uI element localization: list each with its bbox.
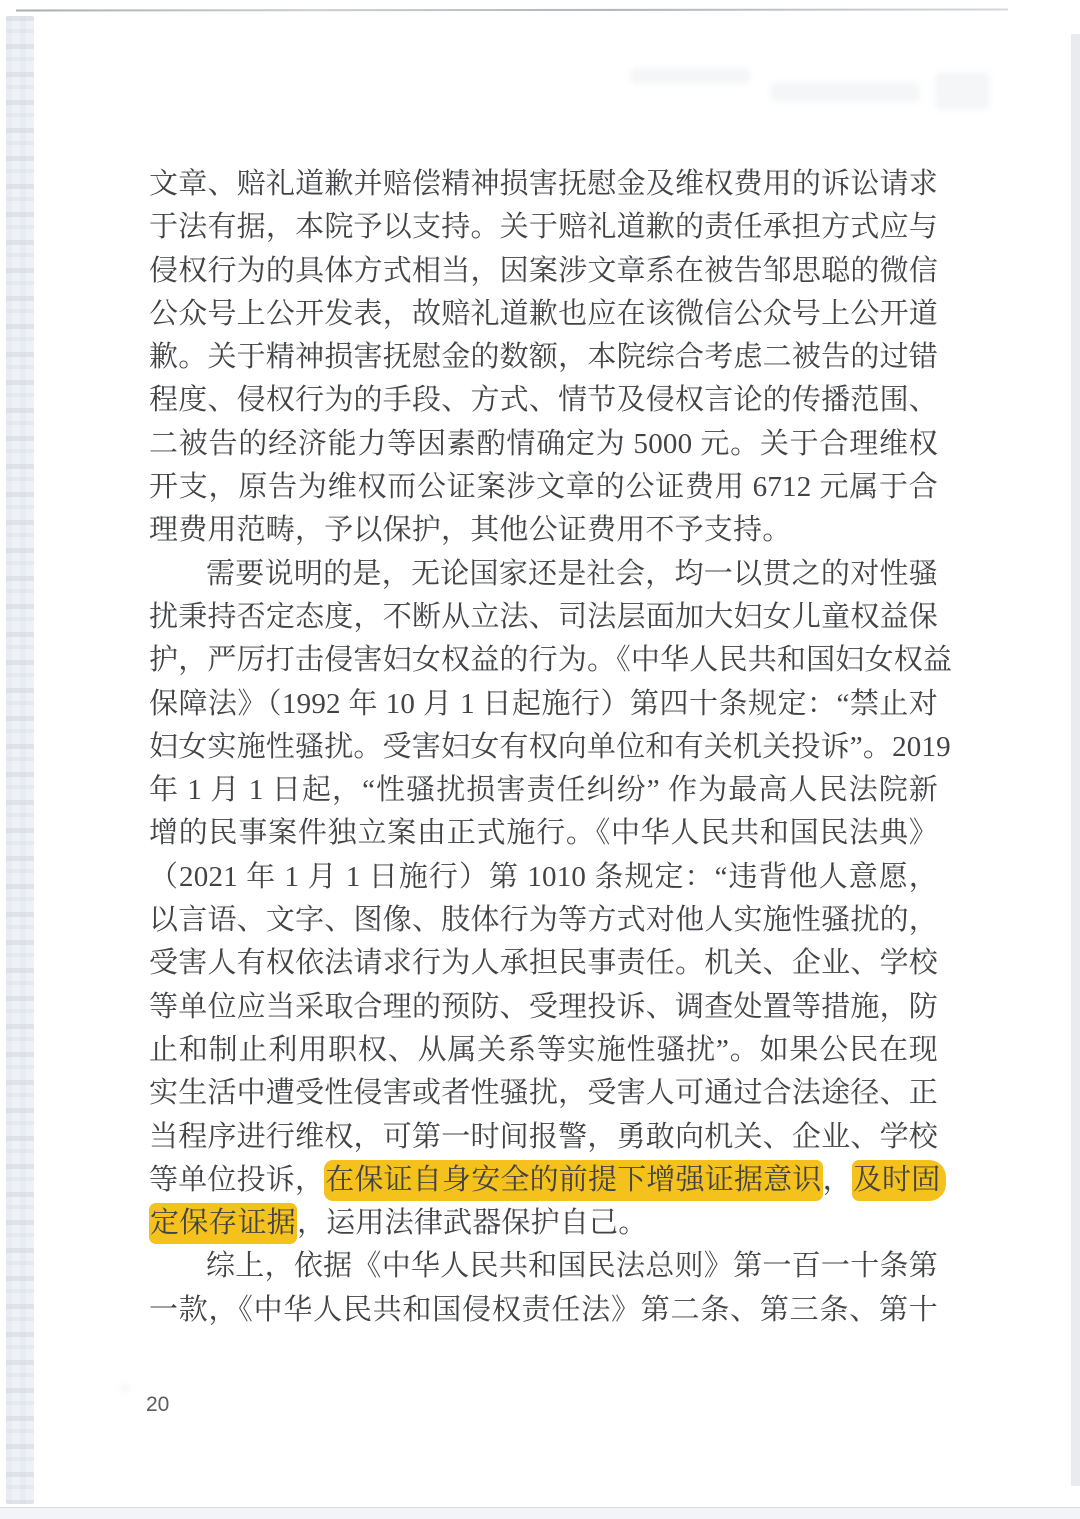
text-line: 开支，原告为维权而公证案涉文章的公证费用 6712 元属于合	[149, 466, 938, 509]
scanned-document-page: { "page_number": "20", "colors": { "high…	[0, 0, 1080, 1519]
text-line: 文章、赔礼道歉并赔偿精神损害抚慰金及维权费用的诉讼请求	[149, 163, 938, 206]
text-line: 实生活中遭受性侵害或者性骚扰，受害人可通过合法途径、正	[149, 1072, 938, 1115]
text-line: 等单位投诉，在保证自身安全的前提下增强证据意识，及时固	[149, 1159, 938, 1202]
text-segment: 止和制止利用职权、从属关系等实施性骚扰”。如果公民在现	[149, 1034, 938, 1066]
text-segment: 等单位应当采取合理的预防、受理投诉、调查处置等措施，防	[149, 991, 938, 1023]
text-segment: ，	[823, 1164, 852, 1196]
text-line: 年 1 月 1 日起，“性骚扰损害责任纠纷” 作为最高人民法院新	[149, 769, 938, 812]
text-line: 侵权行为的具体方式相当，因案涉文章系在被告邹思聪的微信	[149, 250, 938, 293]
text-line: 程度、侵权行为的手段、方式、情节及侵权言论的传播范围、	[149, 379, 938, 422]
text-segment: 一款，《中华人民共和国侵权责任法》第二条、第三条、第十	[149, 1294, 938, 1326]
text-line: 以言语、文字、图像、肢体行为等方式对他人实施性骚扰的，	[149, 899, 938, 942]
text-segment: 年 1 月 1 日起，“性骚扰损害责任纠纷” 作为最高人民法院新	[149, 774, 938, 806]
text-line: 一款，《中华人民共和国侵权责任法》第二条、第三条、第十	[149, 1289, 938, 1332]
text-segment: ，运用法律武器保护自己。	[297, 1207, 647, 1239]
text-segment: 开支，原告为维权而公证案涉文章的公证费用 6712 元属于合	[149, 471, 938, 503]
text-line: 综上，依据《中华人民共和国民法总则》第一百一十条第	[149, 1245, 938, 1288]
text-segment: 实生活中遭受性侵害或者性骚扰，受害人可通过合法途径、正	[149, 1077, 938, 1109]
text-segment: 当程序进行维权，可第一时间报警，勇敢向机关、企业、学校	[149, 1121, 938, 1153]
scan-top-edge-line	[16, 8, 1008, 11]
text-line: 受害人有权依法请求行为人承担民事责任。机关、企业、学校	[149, 942, 938, 985]
text-segment: 增的民事案件独立案由正式施行。《中华人民共和国民法典》	[149, 817, 938, 849]
scan-bottom-edge-line	[0, 1507, 1080, 1519]
text-segment: 综上，依据《中华人民共和国民法总则》第一百一十条第	[206, 1250, 938, 1282]
text-line: 公众号上公开发表，故赔礼道歉也应在该微信公众号上公开道	[149, 293, 938, 336]
text-line: 当程序进行维权，可第一时间报警，勇敢向机关、企业、学校	[149, 1116, 938, 1159]
text-segment: 受害人有权依法请求行为人承担民事责任。机关、企业、学校	[149, 947, 938, 979]
text-line: 理费用范畴，予以保护，其他公证费用不予支持。	[149, 509, 938, 552]
text-segment: 理费用范畴，予以保护，其他公证费用不予支持。	[149, 514, 791, 546]
text-line: 歉。关于精神损害抚慰金的数额，本院综合考虑二被告的过错	[149, 336, 938, 379]
scan-right-edge-artifact	[1071, 34, 1080, 1486]
text-line: 定保存证据，运用法律武器保护自己。	[149, 1202, 938, 1245]
text-segment: 护，严厉打击侵害妇女权益的行为。《中华人民共和国妇女权益	[149, 644, 952, 676]
text-line: 需要说明的是，无论国家还是社会，均一以贯之的对性骚	[149, 553, 938, 596]
text-line: 保障法》（1992 年 10 月 1 日起施行）第四十条规定：“禁止对	[149, 683, 938, 726]
page-number: 20	[146, 1393, 169, 1417]
text-segment: 需要说明的是，无论国家还是社会，均一以贯之的对性骚	[206, 558, 938, 590]
text-segment: （2021 年 1 月 1 日施行）第 1010 条规定：“违背他人意愿，	[149, 861, 938, 893]
highlighted-text: 在保证自身安全的前提下增强证据意识	[324, 1160, 822, 1201]
scan-bleedthrough-smudge	[935, 72, 990, 110]
scan-bleedthrough-smudge	[630, 68, 750, 84]
scan-bleedthrough-smudge	[120, 1384, 130, 1392]
highlighted-text: 定保存证据	[149, 1203, 297, 1244]
text-segment: 歉。关于精神损害抚慰金的数额，本院综合考虑二被告的过错	[149, 341, 938, 373]
text-line: （2021 年 1 月 1 日施行）第 1010 条规定：“违背他人意愿，	[149, 856, 938, 899]
text-line: 护，严厉打击侵害妇女权益的行为。《中华人民共和国妇女权益	[149, 639, 938, 682]
text-segment: 于法有据，本院予以支持。关于赔礼道歉的责任承担方式应与	[149, 211, 938, 243]
scan-bleedthrough-smudge	[770, 82, 920, 102]
text-segment: 公众号上公开发表，故赔礼道歉也应在该微信公众号上公开道	[149, 298, 938, 330]
text-segment: 文章、赔礼道歉并赔偿精神损害抚慰金及维权费用的诉讼请求	[149, 168, 938, 200]
text-line: 妇女实施性骚扰。受害妇女有权向单位和有关机关投诉”。2019	[149, 726, 938, 769]
text-segment: 等单位投诉，	[149, 1164, 324, 1196]
text-segment: 妇女实施性骚扰。受害妇女有权向单位和有关机关投诉”。2019	[149, 731, 951, 763]
text-segment: 侵权行为的具体方式相当，因案涉文章系在被告邹思聪的微信	[149, 255, 938, 287]
text-segment: 二被告的经济能力等因素酌情确定为 5000 元。关于合理维权	[149, 428, 938, 460]
text-segment: 扰秉持否定态度，不断从立法、司法层面加大妇女儿童权益保	[149, 601, 938, 633]
text-line: 于法有据，本院予以支持。关于赔礼道歉的责任承担方式应与	[149, 206, 938, 249]
text-line: 扰秉持否定态度，不断从立法、司法层面加大妇女儿童权益保	[149, 596, 938, 639]
highlighted-text: 及时固	[852, 1160, 947, 1201]
text-line: 二被告的经济能力等因素酌情确定为 5000 元。关于合理维权	[149, 423, 938, 466]
scan-left-edge-artifact	[6, 16, 34, 1504]
text-segment: 以言语、文字、图像、肢体行为等方式对他人实施性骚扰的，	[149, 904, 938, 936]
text-line: 止和制止利用职权、从属关系等实施性骚扰”。如果公民在现	[149, 1029, 938, 1072]
text-line: 等单位应当采取合理的预防、受理投诉、调查处置等措施，防	[149, 986, 938, 1029]
text-segment: 保障法》（1992 年 10 月 1 日起施行）第四十条规定：“禁止对	[149, 688, 938, 720]
text-line: 增的民事案件独立案由正式施行。《中华人民共和国民法典》	[149, 812, 938, 855]
judgment-text-body: 文章、赔礼道歉并赔偿精神损害抚慰金及维权费用的诉讼请求于法有据，本院予以支持。关…	[149, 163, 938, 1332]
text-segment: 程度、侵权行为的手段、方式、情节及侵权言论的传播范围、	[149, 384, 938, 416]
